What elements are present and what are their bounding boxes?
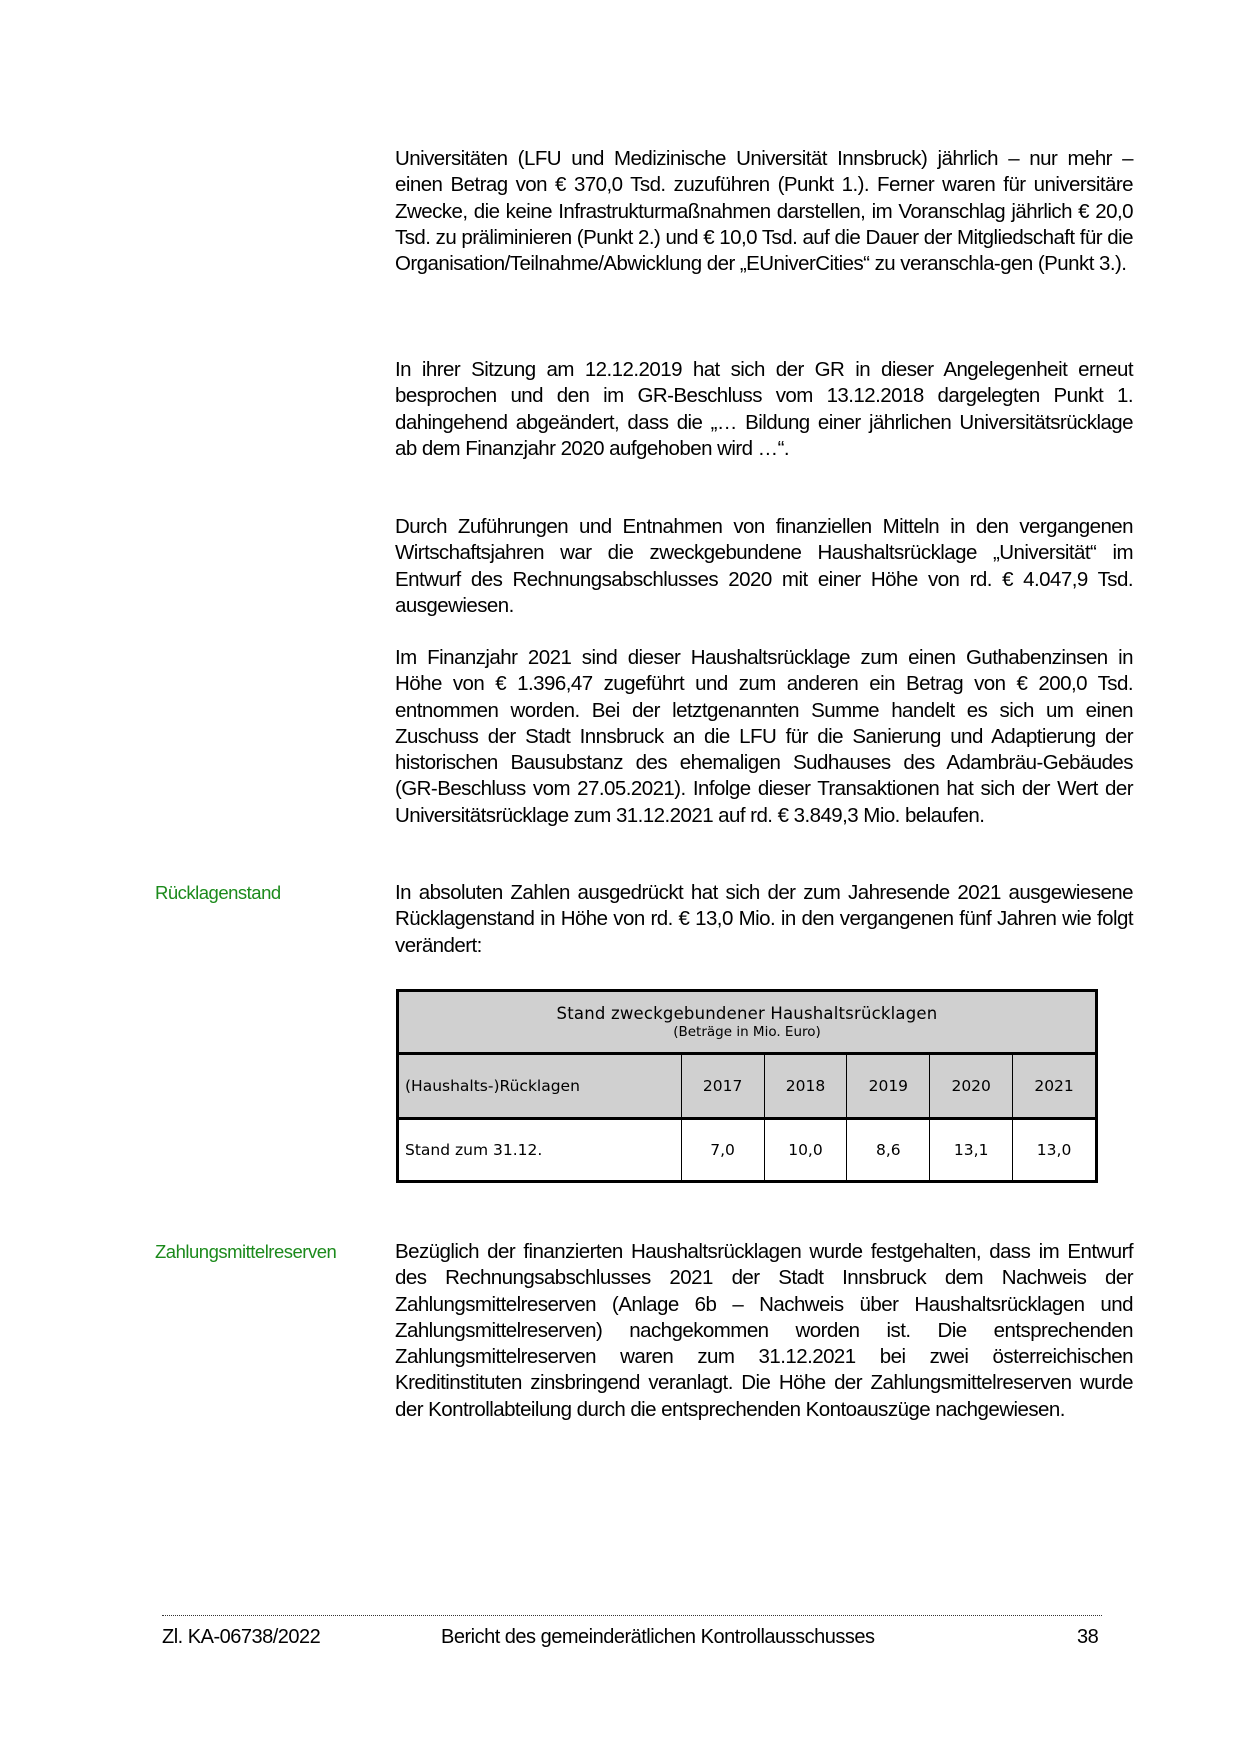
table-header-label: (Haushalts-)Rücklagen bbox=[398, 1054, 682, 1119]
paragraph-text: Im Finanzjahr 2021 sind dieser Haushalts… bbox=[395, 645, 1133, 829]
footer-reference: Zl. KA-06738/2022 bbox=[162, 1626, 320, 1649]
table-cell-2018: 10,0 bbox=[764, 1119, 847, 1182]
table-title-cell: Stand zweckgebundener Haushaltsrücklagen… bbox=[398, 991, 1097, 1054]
table-subtitle: (Beträge in Mio. Euro) bbox=[399, 1024, 1095, 1040]
paragraph-text: Durch Zuführungen und Entnahmen von fina… bbox=[395, 514, 1133, 619]
paragraph-text: Bezüglich der finanzierten Haushaltsrück… bbox=[395, 1239, 1133, 1423]
table-header-2020: 2020 bbox=[930, 1054, 1013, 1119]
table-title-row: Stand zweckgebundener Haushaltsrücklagen… bbox=[398, 991, 1097, 1054]
paragraph-fiscal-year-2021: Im Finanzjahr 2021 sind dieser Haushalts… bbox=[395, 645, 1133, 829]
margin-label-ruecklagenstand: Rücklagenstand bbox=[155, 882, 281, 904]
paragraph-text: Universitäten (LFU und Medizinische Univ… bbox=[395, 146, 1133, 277]
paragraph-text: In absoluten Zahlen ausgedrückt hat sich… bbox=[395, 880, 1133, 959]
footer-divider bbox=[162, 1615, 1102, 1616]
paragraph-university-allocation: Universitäten (LFU und Medizinische Univ… bbox=[395, 146, 1133, 277]
document-page: Universitäten (LFU und Medizinische Univ… bbox=[0, 0, 1241, 1754]
table-title: Stand zweckgebundener Haushaltsrücklagen bbox=[399, 1004, 1095, 1023]
table-header-2021: 2021 bbox=[1013, 1054, 1097, 1119]
paragraph-text: In ihrer Sitzung am 12.12.2019 hat sich … bbox=[395, 357, 1133, 462]
table-header-2017: 2017 bbox=[681, 1054, 764, 1119]
table-cell-2017: 7,0 bbox=[681, 1119, 764, 1182]
paragraph-reserve-level: In absoluten Zahlen ausgedrückt hat sich… bbox=[395, 880, 1133, 959]
margin-label-zahlungsmittelreserven: Zahlungsmittelreserven bbox=[155, 1241, 336, 1263]
footer-title: Bericht des gemeinderätlichen Kontrollau… bbox=[441, 1626, 875, 1649]
table-header-2018: 2018 bbox=[764, 1054, 847, 1119]
table-cell-2019: 8,6 bbox=[847, 1119, 930, 1182]
table-cell-2021: 13,0 bbox=[1013, 1119, 1097, 1182]
reserves-table: Stand zweckgebundener Haushaltsrücklagen… bbox=[396, 989, 1098, 1183]
table-header-2019: 2019 bbox=[847, 1054, 930, 1119]
table-row: Stand zum 31.12. 7,0 10,0 8,6 13,1 13,0 bbox=[398, 1119, 1097, 1182]
table-header-row: (Haushalts-)Rücklagen 2017 2018 2019 202… bbox=[398, 1054, 1097, 1119]
paragraph-reserve-2020: Durch Zuführungen und Entnahmen von fina… bbox=[395, 514, 1133, 619]
table-row-label: Stand zum 31.12. bbox=[398, 1119, 682, 1182]
table-cell-2020: 13,1 bbox=[930, 1119, 1013, 1182]
paragraph-gr-session-2019: In ihrer Sitzung am 12.12.2019 hat sich … bbox=[395, 357, 1133, 462]
paragraph-payment-reserves: Bezüglich der finanzierten Haushaltsrück… bbox=[395, 1239, 1133, 1423]
footer-page-number: 38 bbox=[1077, 1626, 1098, 1649]
